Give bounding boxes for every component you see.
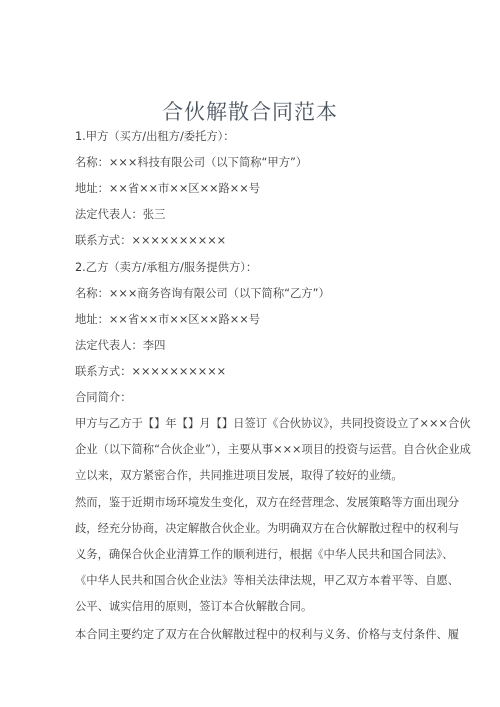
party-a-contact: 联系方式：××××××××××: [75, 233, 226, 249]
paragraph-line: 本合同主要约定了双方在合伙解散过程中的权利与义务、价格与支付条件、履: [75, 627, 427, 643]
paragraph-line: 甲方与乙方于【】年【】月【】日签订《合伙协议》，共同投资设立了×××合伙: [75, 416, 427, 432]
party-a-address: 地址：××省××市××区××路××号: [75, 181, 260, 197]
party-a-legal-rep: 法定代表人：张三: [75, 207, 165, 223]
paragraph-line: 企业（以下简称“合伙企业”），主要从事×××项目的投资与运营。自合伙企业成: [75, 442, 427, 458]
party-a-name: 名称：×××科技有限公司（以下简称“甲方”）: [75, 155, 307, 171]
paragraph-line: 立以来，双方紧密合作，共同推进项目发展，取得了较好的业绩。: [75, 468, 427, 484]
paragraph-line: 公平、诚实信用的原则，签订本合伙解散合同。: [75, 599, 427, 615]
party-b-legal-rep: 法定代表人：李四: [75, 338, 165, 354]
document-title: 合伙解散合同范本: [0, 97, 500, 127]
document-page: 合伙解散合同范本 1.甲方（买方/出租方/委托方）： 名称：×××科技有限公司（…: [0, 0, 500, 707]
paragraph-line: 《中华人民共和国合伙企业法》等相关法律法规，甲乙双方本着平等、自愿、: [75, 573, 427, 589]
paragraph-line: 然而，鉴于近期市场环境发生变化，双方在经营理念、发展策略等方面出现分: [75, 495, 427, 511]
intro-heading: 合同简介：: [75, 390, 132, 406]
paragraph-line: 义务，确保合伙企业清算工作的顺利进行，根据《中华人民共和国合同法》、: [75, 547, 427, 563]
party-a-heading: 1.甲方（买方/出租方/委托方）：: [75, 129, 235, 145]
party-b-heading: 2.乙方（卖方/承租方/服务提供方）：: [75, 260, 257, 276]
paragraph-line: 歧，经充分协商，决定解散合伙企业。为明确双方在合伙解散过程中的权利与: [75, 521, 427, 537]
party-b-name: 名称：×××商务咨询有限公司（以下简称“乙方”）: [75, 286, 330, 302]
party-b-contact: 联系方式：××××××××××: [75, 364, 226, 380]
party-b-address: 地址：××省××市××区××路××号: [75, 312, 260, 328]
